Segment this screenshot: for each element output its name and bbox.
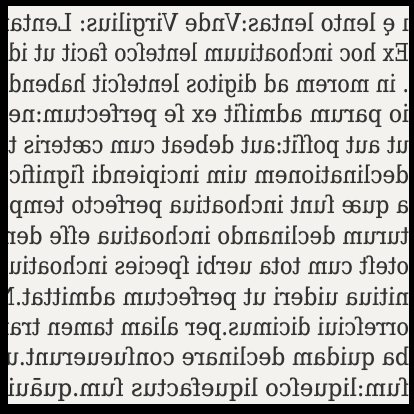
text-line: io parum admiſit ex ſe perfectum:nec [8,99,409,129]
text-line-content: orreſciui dicimus.per aliam tamen tran [8,312,409,342]
text-line-content: io parum admiſit ex ſe perfectum:nec [8,99,409,129]
text-line: ba quidam declinare conſueuerunt.ut [8,342,409,372]
text-line: ı ę lento lentas:Vnde Virgilius: Lentan [8,8,409,38]
text-line-content: declinationem uim incipiendi ſignifica [8,160,409,190]
text-line: . in morem ad digitos lenteſcit habendo [8,69,409,99]
text-line-content: nitiua uideri ut perfectum admittat.N [8,282,409,312]
text-line: orreſciui dicimus.per aliam tamen tran [8,312,409,342]
text-line: a quæ ſunt inchoatiua perfecto tempo [8,190,409,220]
text-line-content: ı ę lento lentas:Vnde Virgilius: Lentan [8,8,409,38]
text-line: oteſt cum tota uerbi ſpecies inchoatiua [8,251,409,281]
mirror-wrapper: ı ę lento lentas:Vnde Virgilius: LentanE… [8,6,409,404]
text-line-content: ba quidam declinare conſueuerunt.ut [8,342,409,372]
text-line: ſum:liqueſco liquefactus ſum.quāuis [8,373,409,403]
text-line-content: oteſt cum tota uerbi ſpecies inchoatiua [8,251,409,281]
text-line: ut aut poſſit:aut debeat cum cæteris te [8,130,409,160]
text-line: Ex hoc inchoatiuum lenteſco facit ut ide [8,38,409,68]
page-frame: ı ę lento lentas:Vnde Virgilius: LentanE… [0,0,414,414]
text-line-content: ut aut poſſit:aut debeat cum cæteris te [8,130,409,160]
text-line-content: Ex hoc inchoatiuum lenteſco facit ut ide [8,38,409,68]
text-line-content: ſum:liqueſco liquefactus ſum.quāuis [8,373,409,403]
text-line-content: turum declinando inchoatiua eſſe dem [8,221,409,251]
text-line: declinationem uim incipiendi ſignifica [8,160,409,190]
text-line: nitiua uideri ut perfectum admittat.N [8,282,409,312]
text-column: ı ę lento lentas:Vnde Virgilius: LentanE… [8,8,409,403]
book-page: ı ę lento lentas:Vnde Virgilius: LentanE… [8,6,409,404]
text-line: turum declinando inchoatiua eſſe dem [8,221,409,251]
text-line-content: . in morem ad digitos lenteſcit habendo [8,69,409,99]
text-line-content: a quæ ſunt inchoatiua perfecto tempo [8,190,409,220]
